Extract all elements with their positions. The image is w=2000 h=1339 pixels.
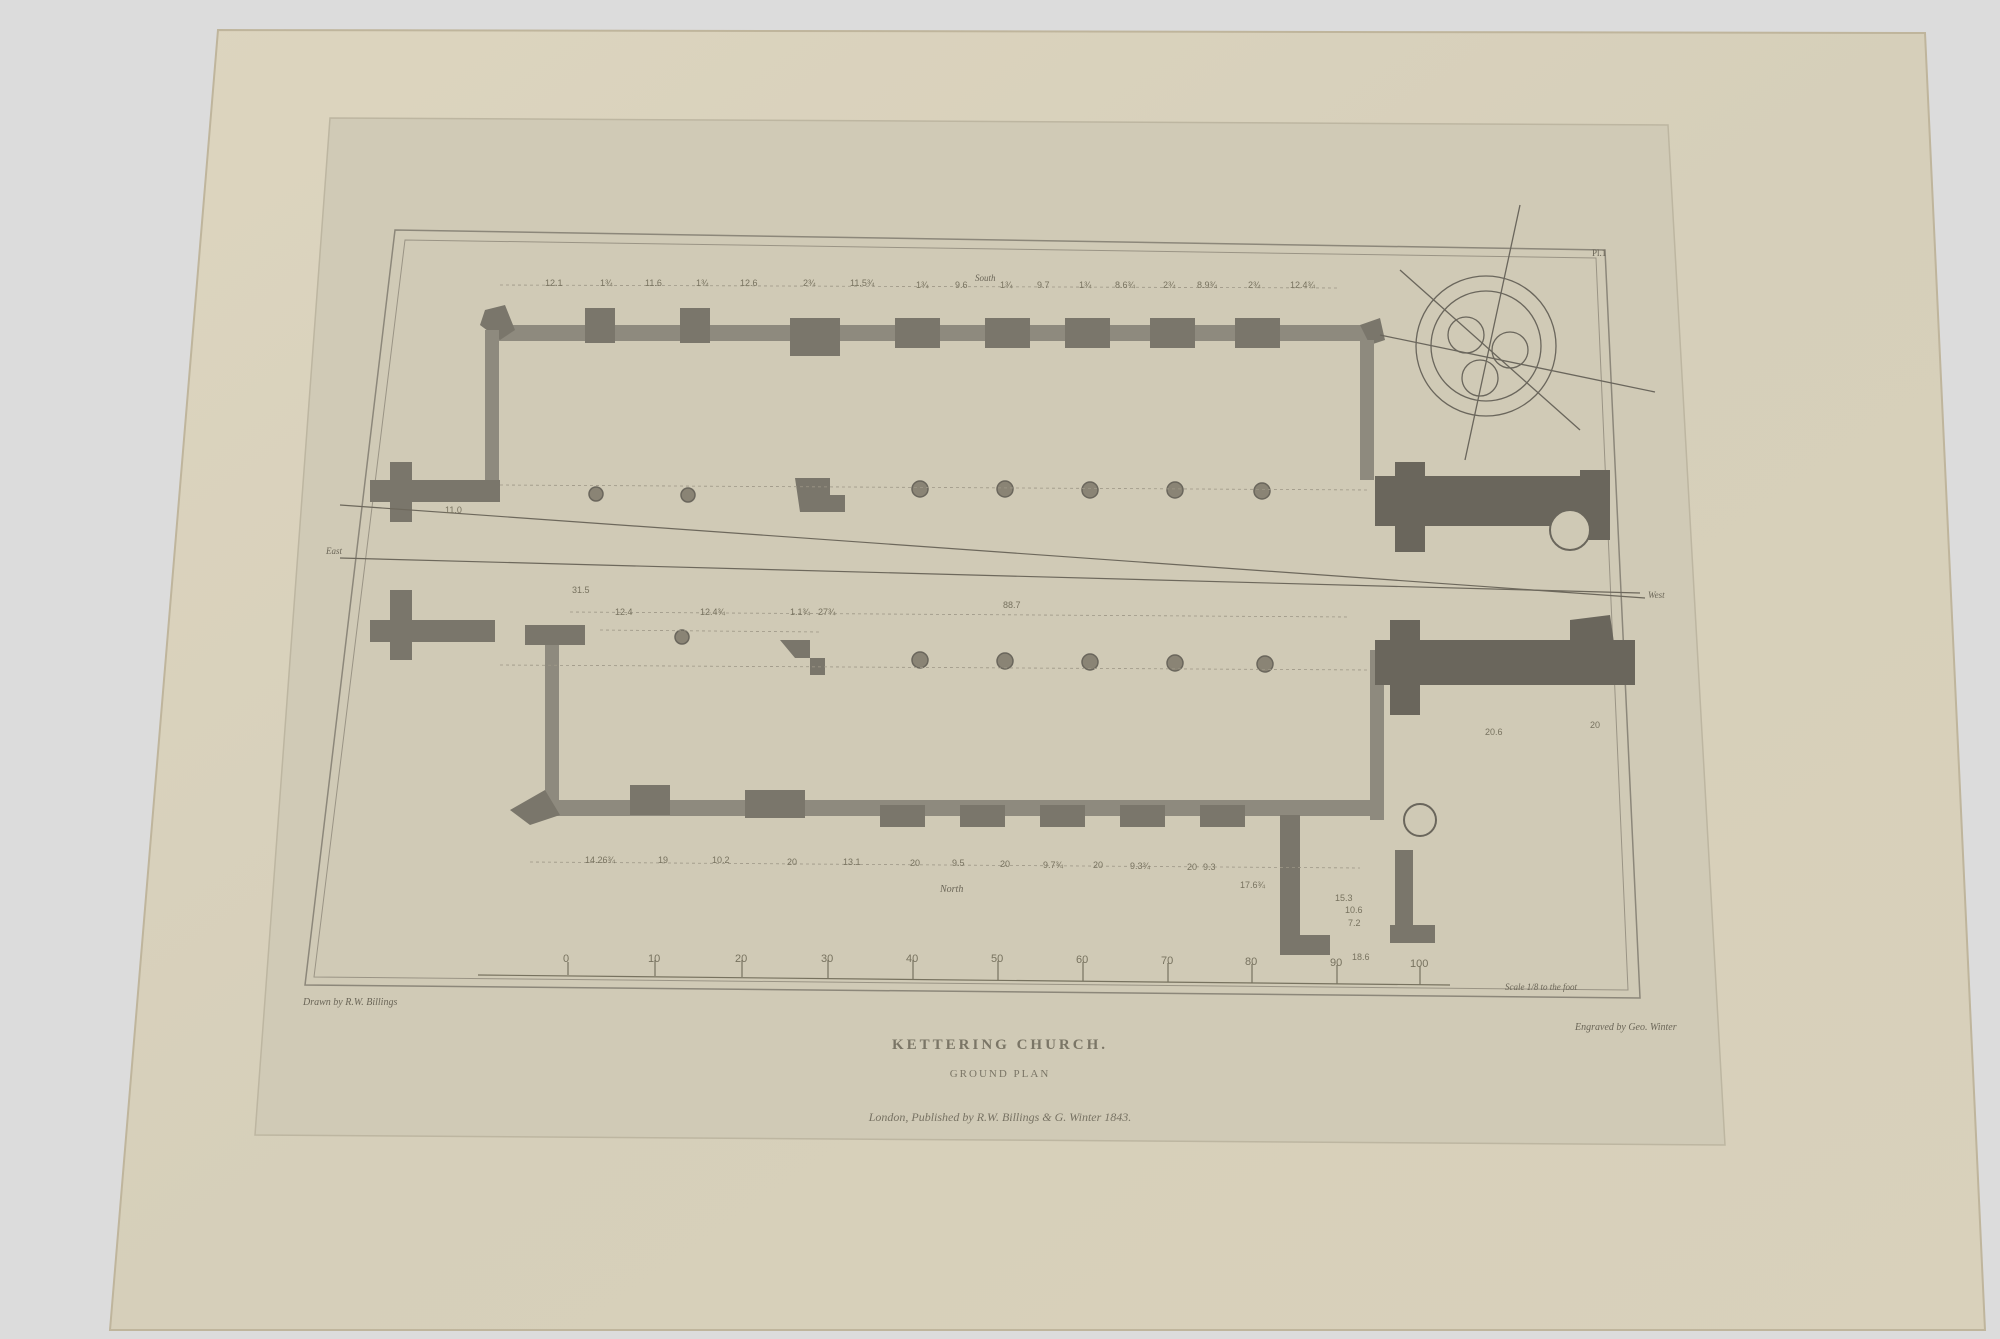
scale-tick-10: 10 [648, 953, 660, 965]
dim-label: 1¾ [916, 280, 929, 290]
dim-label: 17.6¾ [1240, 880, 1265, 890]
dim-label: 11.0 [445, 505, 462, 515]
dim-label: 20 [1590, 720, 1600, 730]
scale-tick-60: 60 [1076, 954, 1088, 966]
dim-label: 12.6 [740, 278, 758, 288]
dim-label: 13.1 [843, 857, 861, 867]
dim-label: 11.6 [645, 278, 662, 288]
dim-label: 20 [1187, 862, 1197, 872]
dim-label: 8.6¾ [1115, 280, 1135, 290]
dim-label: 1¾ [600, 278, 613, 288]
dim-label: 20 [1000, 859, 1010, 869]
dim-label: 12.4¾ [1290, 280, 1315, 290]
east-label: East [326, 546, 342, 556]
plate-number: Pl.1 [1592, 248, 1606, 258]
plate-subtitle: GROUND PLAN [0, 1068, 2000, 1080]
ground-plan-drawing [0, 0, 2000, 1339]
dim-label: 12.4¾ [700, 607, 725, 617]
dim-label: 18.6 [1352, 952, 1370, 962]
dim-label: 10.6 [1345, 905, 1363, 915]
dim-label: 31.5 [572, 585, 590, 595]
dim-label: 20 [1093, 860, 1103, 870]
scale-tick-0: 0 [563, 953, 569, 965]
dim-label: 88.7 [1003, 600, 1021, 610]
dim-label: 9.6 [955, 280, 968, 290]
dim-label: 9.3¾ [1130, 861, 1150, 871]
dim-label: 7.2 [1348, 918, 1361, 928]
dim-label: 12.1 [545, 278, 563, 288]
scale-tick-40: 40 [906, 953, 918, 965]
scale-note: Scale 1/8 to the foot [1505, 982, 1577, 992]
scale-tick-30: 30 [821, 953, 833, 965]
dim-label: 9.7 [1037, 280, 1050, 290]
dim-label: 20.6 [1485, 727, 1503, 737]
dim-label: 9.3 [1203, 862, 1216, 872]
south-label: South [975, 273, 996, 283]
dim-label: 10.2 [712, 855, 730, 865]
dim-label: 14.26¾ [585, 855, 615, 865]
scale-tick-80: 80 [1245, 956, 1257, 968]
scale-tick-20: 20 [735, 953, 747, 965]
dim-label: 1¾ [1000, 280, 1013, 290]
dim-label: 19 [658, 855, 668, 865]
dim-label: 20 [787, 857, 797, 867]
dim-label: 15.3 [1335, 893, 1353, 903]
dim-label: 9.5 [952, 858, 965, 868]
scale-tick-100: 100 [1410, 958, 1428, 970]
scale-tick-50: 50 [991, 953, 1003, 965]
scale-tick-70: 70 [1161, 955, 1173, 967]
engraved-by-credit: Engraved by Geo. Winter [1575, 1022, 1677, 1033]
scale-tick-90: 90 [1330, 957, 1342, 969]
dim-label: 20 [910, 858, 920, 868]
north-label: North [940, 884, 963, 895]
dim-label: 8.9¾ [1197, 280, 1217, 290]
dim-label: 11.5¾ [850, 278, 874, 288]
west-label: West [1648, 590, 1665, 600]
dim-label: 1¾ [696, 278, 709, 288]
dim-label: 27¾ [818, 607, 836, 617]
dim-label: 2¾ [803, 278, 816, 288]
dim-label: 9.7¾ [1043, 860, 1063, 870]
publisher-line: London, Published by R.W. Billings & G. … [0, 1110, 2000, 1125]
drawn-by-credit: Drawn by R.W. Billings [303, 997, 397, 1008]
dim-label: 12.4 [615, 607, 633, 617]
dim-label: 1.1¾ [790, 607, 810, 617]
plate-title: KETTERING CHURCH. [0, 1037, 2000, 1054]
dim-label: 2¾ [1163, 280, 1176, 290]
engraving-sheet: 0 10 20 30 40 50 60 70 80 90 100 Pl.1 So… [0, 0, 2000, 1339]
dim-label: 2¾ [1248, 280, 1261, 290]
dim-label: 1¾ [1079, 280, 1092, 290]
